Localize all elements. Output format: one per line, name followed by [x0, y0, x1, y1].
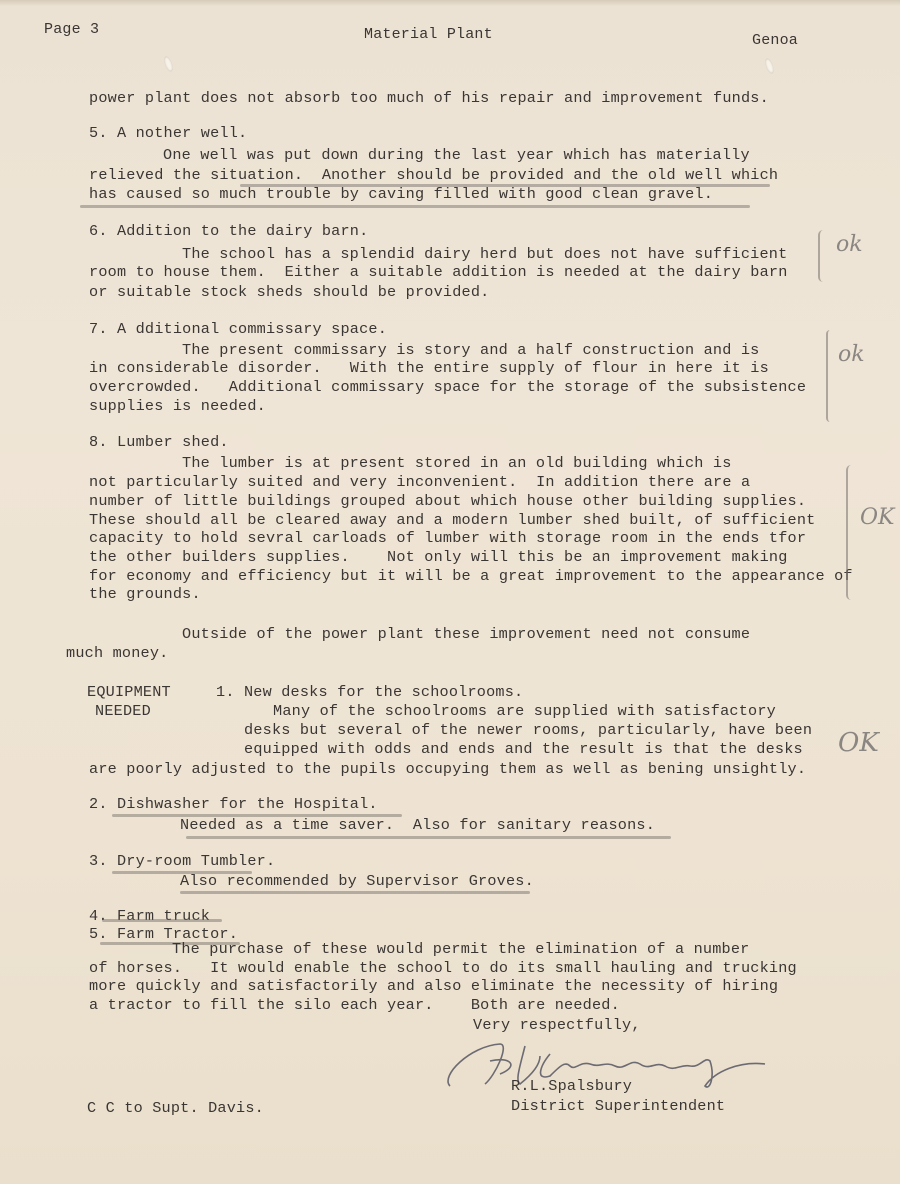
body-line: for economy and efficiency but it will b… [89, 567, 853, 586]
signatory-position: District Superintendent [511, 1097, 725, 1116]
body-line: in considerable disorder. With the entir… [89, 359, 769, 378]
item-heading: 8. Lumber shed. [89, 433, 229, 452]
item-heading: 2. Dishwasher for the Hospital. [89, 795, 378, 814]
pencil-underline [186, 836, 671, 839]
location-label: Genoa [752, 31, 798, 50]
body-line: much money. [66, 644, 168, 663]
body-line: equipped with odds and ends and the resu… [244, 740, 803, 759]
body-line: The school has a splendid dairy herd but… [182, 245, 787, 264]
signatory-name: R.L.Spalsbury [511, 1077, 632, 1096]
body-line: One well was put down during the last ye… [163, 146, 750, 165]
item-heading: 4. Farm truck [89, 907, 210, 926]
body-line: has caused so much trouble by caving fil… [89, 185, 713, 204]
paper-top-edge [0, 0, 900, 6]
body-line: The purchase of these would permit the e… [172, 940, 749, 959]
body-line: a tractor to fill the silo each year. Bo… [89, 996, 620, 1015]
body-line: These should all be cleared away and a m… [89, 511, 816, 530]
salutation: Very respectfully, [473, 1016, 641, 1035]
body-line: capacity to hold sevral carloads of lumb… [89, 529, 806, 548]
margin-annotation-ok: ok [838, 342, 865, 367]
margin-bracket [818, 230, 828, 282]
typed-letter-page: Page 3 Material Plant Genoa power plant … [0, 0, 900, 1184]
intro-line: power plant does not absorb too much of … [89, 89, 769, 108]
body-line: relieved the situation. Another should b… [89, 166, 778, 185]
punch-hole [162, 55, 174, 72]
body-line: overcrowded. Additional commissary space… [89, 378, 806, 397]
pencil-underline [180, 891, 530, 894]
body-line: number of little buildings grouped about… [89, 492, 806, 511]
item-heading: 3. Dry-room Tumbler. [89, 852, 275, 871]
body-line: desks but several of the newer rooms, pa… [244, 721, 812, 740]
body-line: more quickly and satisfactorily and also… [89, 977, 778, 996]
body-line: The lumber is at present stored in an ol… [182, 454, 732, 473]
margin-annotation-ok: OK [838, 728, 879, 758]
section-label: EQUIPMENT [87, 683, 171, 702]
body-line: Needed as a time saver. Also for sanitar… [180, 816, 655, 835]
pencil-underline [80, 205, 750, 208]
body-line: not particularly suited and very inconve… [89, 473, 750, 492]
item-heading: 6. Addition to the dairy barn. [89, 222, 368, 241]
body-line: The present commissary is story and a ha… [182, 341, 759, 360]
item-heading: 5. A nother well. [89, 124, 247, 143]
body-line: Many of the schoolrooms are supplied wit… [273, 702, 776, 721]
body-line: Also recommended by Supervisor Groves. [180, 872, 534, 891]
page-number: Page 3 [44, 20, 99, 39]
body-line: or suitable stock sheds should be provid… [89, 283, 490, 302]
document-title: Material Plant [364, 25, 493, 44]
body-line: the other builders supplies. Not only wi… [89, 548, 788, 567]
section-label: NEEDED [95, 702, 151, 721]
item-heading: 1. New desks for the schoolrooms. [216, 683, 523, 702]
margin-annotation-ok: OK [860, 505, 894, 530]
margin-bracket [846, 465, 856, 600]
margin-bracket [826, 330, 834, 422]
carbon-copy-line: C C to Supt. Davis. [87, 1099, 264, 1118]
body-line: are poorly adjusted to the pupils occupy… [89, 760, 806, 779]
body-line: Outside of the power plant these improve… [182, 625, 750, 644]
body-line: of horses. It would enable the school to… [89, 959, 797, 978]
punch-hole [763, 57, 775, 74]
body-line: supplies is needed. [89, 397, 266, 416]
item-heading: 7. A dditional commissary space. [89, 320, 387, 339]
pencil-underline [240, 184, 770, 187]
margin-annotation-ok: ok [836, 232, 863, 257]
pencil-underline [102, 919, 222, 922]
body-line: room to house them. Either a suitable ad… [89, 263, 788, 282]
body-line: the grounds. [89, 585, 201, 604]
